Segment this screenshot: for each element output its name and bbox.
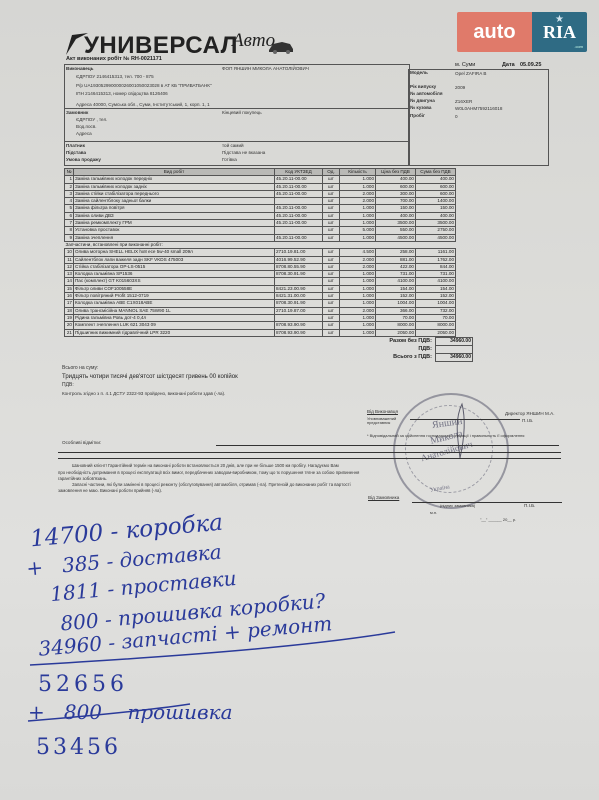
item-sum: 152.00 xyxy=(416,293,456,300)
item-sum: 3500.00 xyxy=(416,220,456,227)
item-unit: шт xyxy=(323,293,340,300)
item-price: 154.00 xyxy=(376,285,416,292)
item-code: 2710.19.87.00 xyxy=(275,307,323,314)
item-unit: шт xyxy=(323,256,340,263)
engine-value: Z16XER xyxy=(455,100,472,105)
customer-line-2: Вод.посв. xyxy=(76,125,97,130)
item-name: Заміна зчеплення xyxy=(74,234,275,241)
item-name: Заміна ремкомплекту ГРМ xyxy=(74,220,275,227)
table-row: 21Підшипник вижимний гідравлічний LPR 32… xyxy=(65,329,456,336)
item-code xyxy=(275,227,323,234)
body-value: W0L0AHM7592116018 xyxy=(455,107,502,112)
item-unit: шт xyxy=(323,198,340,205)
item-price: 731.00 xyxy=(376,271,416,278)
item-code: 8708.93.90.90 xyxy=(275,322,323,329)
item-quantity: 1.000 xyxy=(340,329,376,336)
item-sum: 600.00 xyxy=(416,190,456,197)
parts-section-label: Запчастини, встановлені при виконанні ро… xyxy=(65,241,456,248)
item-quantity: 2.000 xyxy=(340,263,376,270)
row-number: 7 xyxy=(65,220,74,227)
warranty-line-4: Запасні частини, які були замінені в про… xyxy=(72,483,351,487)
item-sum: 1400.00 xyxy=(416,198,456,205)
hand-note: проставки xyxy=(119,566,237,600)
table-row: 7Заміна ремкомплекту ГРМ45.20.11-00.00шт… xyxy=(65,220,456,227)
item-unit: шт xyxy=(323,190,340,197)
total-row: Всього з ПДВ:34960.00 xyxy=(383,353,473,361)
act-number: № RH-0021171 xyxy=(123,56,162,62)
item-code: 45.20.11-00.00 xyxy=(275,205,323,212)
row-number: 15 xyxy=(65,285,74,292)
row-number: 8 xyxy=(65,227,74,234)
executor-line-1: ЄДРПОУ 2146415313, тел. 700 - 875 xyxy=(76,75,154,80)
item-price: 1004.00 xyxy=(376,300,416,307)
row-number: 12 xyxy=(65,263,74,270)
table-row: 16Фільтр повітряний Profit 1512-07198421… xyxy=(65,293,456,300)
control-note: Контроль згідно з п. 4.1 ДСТУ 2322-93 пр… xyxy=(62,392,225,397)
item-name: Заміна фільтра повітря xyxy=(74,205,275,212)
total-words: Тридцять чотири тисячі дев'ятсот шістдес… xyxy=(62,374,238,380)
item-name: Заміна сайлентблоку задньої балки xyxy=(74,198,275,205)
item-name: Фільтр оливи COF100558E xyxy=(74,285,275,292)
item-sum: 8000.00 xyxy=(416,322,456,329)
item-unit: шт xyxy=(323,271,340,278)
watermark-auto: auto xyxy=(457,12,532,52)
item-price: 600.00 xyxy=(376,183,416,190)
act-title-text: Акт виконаних робіт xyxy=(66,56,122,62)
item-name: Колодка гальмівна SP1536 xyxy=(74,271,275,278)
basis-value: Підстава не вказана xyxy=(222,151,265,156)
item-quantity: 1.000 xyxy=(340,278,376,285)
item-quantity: 1.000 xyxy=(340,293,376,300)
row-number: 5 xyxy=(65,205,74,212)
divider xyxy=(64,108,408,109)
item-name: Підшипник вижимний гідравлічний LPR 3220 xyxy=(74,329,275,336)
item-quantity: 1.000 xyxy=(340,220,376,227)
item-sum: 400.00 xyxy=(416,176,456,183)
item-name: Заміна оливи ДВЗ xyxy=(74,212,275,219)
table-row: 1Заміна гальмівних колодок передніх45.20… xyxy=(65,176,456,183)
hand-note: коробка xyxy=(124,510,224,544)
customer-sign-label: Від Замовника xyxy=(368,496,399,501)
handwritten-grand-total: 53456 xyxy=(36,735,121,760)
hand-amount: 14700 xyxy=(29,520,104,552)
item-price: 150.00 xyxy=(376,205,416,212)
table-row: 20Комплект зчеплення LUK 621 3043 098708… xyxy=(65,322,456,329)
city: м. Суми xyxy=(455,63,475,69)
table-row: 8Установка проставокшт5.000550.002750.00 xyxy=(65,227,456,234)
executor-label: Виконавець xyxy=(66,67,93,72)
table-row: 3Заміна стійки стабілізатора переднього4… xyxy=(65,190,456,197)
plate-label: № автомобіля xyxy=(410,92,443,97)
warranty-line-2: про необхідність дотримання в процесі ек… xyxy=(58,471,359,475)
year-value: 2009 xyxy=(455,86,465,91)
item-sum: 4100.00 xyxy=(416,278,456,285)
handwritten-subtotal: 52656 xyxy=(38,672,128,697)
item-name: Установка проставок xyxy=(74,227,275,234)
column-header: Код УКТЗЕД xyxy=(275,169,323,176)
model-label: Модель xyxy=(410,71,428,76)
table-row: 5Заміна фільтра повітря45.20.11-00.00шт1… xyxy=(65,205,456,212)
item-code xyxy=(275,198,323,205)
row-number: 21 xyxy=(65,329,74,336)
table-row: 2Заміна гальмівних колодок задніх45.20.1… xyxy=(65,183,456,190)
item-price: 400.00 xyxy=(376,212,416,219)
item-name: Колодка гальмівна ABE C1X018ABE xyxy=(74,300,275,307)
customer-line-3: Адреса xyxy=(76,132,92,137)
table-row: 9Заміна зчеплення45.20.11-00.00шт1.00045… xyxy=(65,234,456,241)
hand-amount: 385 xyxy=(61,550,101,577)
item-sum: 731.00 xyxy=(416,271,456,278)
item-name: Пас (комплект) GT K015603XS xyxy=(74,278,275,285)
item-code: 2710.19.81.00 xyxy=(275,249,323,256)
special-notes-line xyxy=(216,445,559,446)
item-quantity: 4.500 xyxy=(340,249,376,256)
warranty-line-3: гарантійних зобов'язань. xyxy=(58,477,107,481)
item-quantity: 1.000 xyxy=(340,285,376,292)
customer-sign-line xyxy=(412,502,562,503)
watermark-com: .com xyxy=(574,44,583,49)
hand-prefix: + xyxy=(28,700,45,724)
item-code: 45.20.11-00.00 xyxy=(275,183,323,190)
item-price: 300.00 xyxy=(376,190,416,197)
item-quantity: 2.000 xyxy=(340,198,376,205)
item-name: Олива трансмісійна MANNOL SAE 75W90 1L xyxy=(74,307,275,314)
item-sum: 70.00 xyxy=(416,314,456,321)
executor-address: Адреса 40000, Сумська обл., Суми, Інстит… xyxy=(76,103,210,108)
item-code: 45.20.11-00.00 xyxy=(275,190,323,197)
item-quantity: 1.000 xyxy=(340,176,376,183)
table-row: 14Пас (комплект) GT K015603XSшт1.0004100… xyxy=(65,278,456,285)
subtotal-label: Разом без ПДВ: xyxy=(389,338,432,344)
item-code: 4016.99.52.90 xyxy=(275,256,323,263)
item-quantity: 1.000 xyxy=(340,234,376,241)
item-code: 8421.23.00.90 xyxy=(275,285,323,292)
mp-label: м.п. xyxy=(430,511,437,515)
row-number: 3 xyxy=(65,190,74,197)
item-price: 8000.00 xyxy=(376,322,416,329)
item-sum: 150.00 xyxy=(416,205,456,212)
mileage-value: 0 xyxy=(455,115,458,120)
warranty-line-1: Шановний клієнт! Гарантійний термін на в… xyxy=(72,464,339,468)
column-header: Од. xyxy=(323,169,340,176)
table-row: 18Олива трансмісійна MANNOL SAE 75W90 1L… xyxy=(65,307,456,314)
executor-name: ФОП ЯНШИН МИКОЛА АНАТОЛІЙОВИЧ xyxy=(222,67,309,72)
item-unit: шт xyxy=(323,249,340,256)
item-quantity: 1.000 xyxy=(340,322,376,329)
table-row: 17Колодка гальмівна ABE C1X018ABE8708.30… xyxy=(65,300,456,307)
item-code: 8708.30.91.90 xyxy=(275,300,323,307)
item-price: 70.00 xyxy=(376,314,416,321)
item-name: Заміна стійки стабілізатора переднього xyxy=(74,190,275,197)
item-price: 422.00 xyxy=(376,263,416,270)
item-name: Олива моторна SHELL HELIX hx8 ece 5w-40 … xyxy=(74,249,275,256)
item-name: Заміна гальмівних колодок задніх xyxy=(74,183,275,190)
item-code: 45.20.11-00.00 xyxy=(275,176,323,183)
item-quantity: 2.000 xyxy=(340,307,376,314)
customer-sign-hint: (підпис замовника) xyxy=(440,504,475,508)
table-row: 6Заміна оливи ДВЗ45.20.11-00.00шт1.00040… xyxy=(65,212,456,219)
item-sum: 154.00 xyxy=(416,285,456,292)
item-price: 550.00 xyxy=(376,227,416,234)
item-unit: шт xyxy=(323,227,340,234)
payer-label: Платник xyxy=(66,144,85,149)
executor-line-2: Р/р UA193052990000026001050023028 в АТ К… xyxy=(76,84,212,89)
item-price: 700.00 xyxy=(376,198,416,205)
item-unit: шт xyxy=(323,220,340,227)
basis-label: Підстава xyxy=(66,151,86,156)
table-row: 10Олива моторна SHELL HELIX hx8 ece 5w-4… xyxy=(65,249,456,256)
item-unit: шт xyxy=(323,307,340,314)
hand-prefix: + xyxy=(25,555,44,580)
customer-line-1: ЄДРПОУ , тел. xyxy=(76,118,107,123)
director-name: Директор ЯНШИН М.А. xyxy=(505,412,554,417)
item-name: Стійка стабілізатора OP-LS-0515 xyxy=(74,263,275,270)
item-unit: шт xyxy=(323,234,340,241)
act-title: Акт виконаних робіт № RH-0021171 xyxy=(66,57,162,63)
item-price: 400.00 xyxy=(376,176,416,183)
model-value: Opel ZAFIRA B xyxy=(455,72,486,77)
item-quantity: 1.000 xyxy=(340,300,376,307)
document-page: УНИВЕРСАЛ Авто auto RIA.com ★ Акт викона… xyxy=(0,0,599,800)
divider xyxy=(58,452,561,453)
item-quantity: 1.000 xyxy=(340,205,376,212)
autoria-watermark: auto RIA.com ★ xyxy=(457,12,587,52)
item-price: 2050.00 xyxy=(376,329,416,336)
item-code: 8421.31.00.00 xyxy=(275,293,323,300)
item-unit: шт xyxy=(323,314,340,321)
row-number: 19 xyxy=(65,314,74,321)
column-header: Кількість xyxy=(340,169,376,176)
total-value: 34960.00 xyxy=(435,353,473,362)
item-code: 45.20.11-00.00 xyxy=(275,234,323,241)
row-number: 16 xyxy=(65,293,74,300)
item-quantity: 1.000 xyxy=(340,314,376,321)
item-sum: 844.00 xyxy=(416,263,456,270)
warranty-line-5: замовлення не маю. Виконані роботи прийн… xyxy=(58,489,162,493)
item-sum: 1004.00 xyxy=(416,300,456,307)
star-icon: ★ xyxy=(555,14,564,25)
item-unit: шт xyxy=(323,278,340,285)
sign-date-hint: "__" ______ 20__ р. xyxy=(480,518,516,522)
item-sum: 2750.00 xyxy=(416,227,456,234)
table-row: 11Сайлентблок лапи важеля задн SKF VKDS … xyxy=(65,256,456,263)
item-sum: 4500.00 xyxy=(416,234,456,241)
row-number: 20 xyxy=(65,322,74,329)
item-price: 3500.00 xyxy=(376,220,416,227)
terms-label: Умова продажу xyxy=(66,158,101,163)
column-header: Ціна без ПДВ xyxy=(376,169,416,176)
hand-note: прошивка xyxy=(127,700,232,724)
row-number: 9 xyxy=(65,234,74,241)
summary-vat-label: ПДВ: xyxy=(62,383,74,388)
table-row: 12Стійка стабілізатора OP-LS-05158708.80… xyxy=(65,263,456,270)
executor-sign-sub: Уповноважений представник xyxy=(367,417,397,425)
item-name: Заміна гальмівних колодок передніх xyxy=(74,176,275,183)
body-label: № кузова xyxy=(410,106,431,111)
item-code xyxy=(275,314,323,321)
table-header-row: №Вид робітКод УКТЗЕДОд.КількістьЦіна без… xyxy=(65,169,456,176)
item-code: 45.20.11-00.00 xyxy=(275,212,323,219)
terms-value: Готівка xyxy=(222,158,237,163)
item-price: 881.00 xyxy=(376,256,416,263)
item-name: Сайлентблок лапи важеля задн SKF VKDS 47… xyxy=(74,256,275,263)
executor-line-3: ІПН 2146415313, номер свідоцтва 8126406 xyxy=(76,92,168,97)
item-sum: 400.00 xyxy=(416,212,456,219)
item-name: Рідина гальмівна Ровь дот-4 0,4л xyxy=(74,314,275,321)
item-unit: шт xyxy=(323,176,340,183)
engine-label: № двигуна xyxy=(410,99,435,104)
item-name: Фільтр повітряний Profit 1512-0719 xyxy=(74,293,275,300)
item-sum: 732.00 xyxy=(416,307,456,314)
signature-icon xyxy=(440,400,480,460)
date-value: 05.09.25 xyxy=(520,63,541,69)
item-price: 258.00 xyxy=(376,249,416,256)
parts-section-row: Запчастини, встановлені при виконанні ро… xyxy=(65,241,456,248)
item-sum: 2050.00 xyxy=(416,329,456,336)
row-number: 18 xyxy=(65,307,74,314)
table-row: 13Колодка гальмівна SP15368708.30.91.90ш… xyxy=(65,271,456,278)
total-words-label: Всього на суму: xyxy=(62,366,98,371)
row-number: 11 xyxy=(65,256,74,263)
item-unit: шт xyxy=(323,263,340,270)
work-items-table: №Вид робітКод УКТЗЕДОд.КількістьЦіна без… xyxy=(64,168,456,337)
item-price: 152.00 xyxy=(376,293,416,300)
director-pib: П.І.Б. xyxy=(522,419,533,424)
customer-label: Замовник xyxy=(66,111,88,116)
item-code: 8708.30.91.90 xyxy=(275,271,323,278)
car-logo-icon xyxy=(268,36,294,54)
row-number: 14 xyxy=(65,278,74,285)
item-sum: 1161.00 xyxy=(416,249,456,256)
item-unit: шт xyxy=(323,329,340,336)
special-notes-label: Особливі відмітки: xyxy=(62,441,101,446)
item-quantity: 1.000 xyxy=(340,212,376,219)
row-number: 1 xyxy=(65,176,74,183)
item-quantity: 2.000 xyxy=(340,190,376,197)
handwritten-addition: + 800 прошивка xyxy=(28,700,233,724)
item-quantity: 1.000 xyxy=(340,183,376,190)
item-price: 366.00 xyxy=(376,307,416,314)
year-label: Рік випуску xyxy=(410,85,436,90)
table-row: 19Рідина гальмівна Ровь дот-4 0,4лшт1.00… xyxy=(65,314,456,321)
row-number: 10 xyxy=(65,249,74,256)
date-label: Дата xyxy=(502,63,515,69)
item-unit: шт xyxy=(323,183,340,190)
hand-amount: 1811 xyxy=(49,578,102,606)
item-unit: шт xyxy=(323,322,340,329)
item-quantity: 5.000 xyxy=(340,227,376,234)
hand-amount: 800 xyxy=(64,700,102,724)
divider xyxy=(58,458,561,459)
payer-value: той самий xyxy=(222,144,244,149)
table-row: 4Заміна сайлентблоку задньої балкишт2.00… xyxy=(65,198,456,205)
item-code: 45.20.11-00.00 xyxy=(275,220,323,227)
executor-sign-label: Від Виконавця xyxy=(367,410,398,415)
column-header: Вид робіт xyxy=(74,169,275,176)
row-number: 6 xyxy=(65,212,74,219)
row-number: 4 xyxy=(65,198,74,205)
item-price: 4100.00 xyxy=(376,278,416,285)
item-code xyxy=(275,278,323,285)
column-header: Сума без ПДВ xyxy=(416,169,456,176)
total-label: Всього з ПДВ: xyxy=(393,354,432,360)
item-sum: 1762.00 xyxy=(416,256,456,263)
mileage-label: Пробіг xyxy=(410,114,425,119)
divider xyxy=(64,141,408,142)
column-header: № xyxy=(65,169,74,176)
responsible-note: * Відповідальний за здійснення господарс… xyxy=(367,434,524,438)
table-row: 15Фільтр оливи COF100558E8421.23.00.90шт… xyxy=(65,285,456,292)
final-buyer-label: Кінцевий покупець xyxy=(222,111,262,116)
executor-sign-line xyxy=(410,419,520,420)
item-unit: шт xyxy=(323,285,340,292)
item-unit: шт xyxy=(323,205,340,212)
item-code: 8708.80.55.90 xyxy=(275,263,323,270)
totals-block: Разом без ПДВ:34960.00 ПДВ: Всього з ПДВ… xyxy=(383,337,473,361)
row-number: 13 xyxy=(65,271,74,278)
item-quantity: 2.000 xyxy=(340,256,376,263)
row-number: 17 xyxy=(65,300,74,307)
vat-label: ПДВ: xyxy=(418,346,432,352)
row-number: 2 xyxy=(65,183,74,190)
item-quantity: 1.000 xyxy=(340,271,376,278)
item-name: Комплект зчеплення LUK 621 3043 09 xyxy=(74,322,275,329)
item-price: 4500.00 xyxy=(376,234,416,241)
customer-pib: П.І.Б. xyxy=(524,504,535,509)
item-code: 8708.93.90.90 xyxy=(275,329,323,336)
item-unit: шт xyxy=(323,300,340,307)
item-unit: шт xyxy=(323,212,340,219)
item-sum: 600.00 xyxy=(416,183,456,190)
